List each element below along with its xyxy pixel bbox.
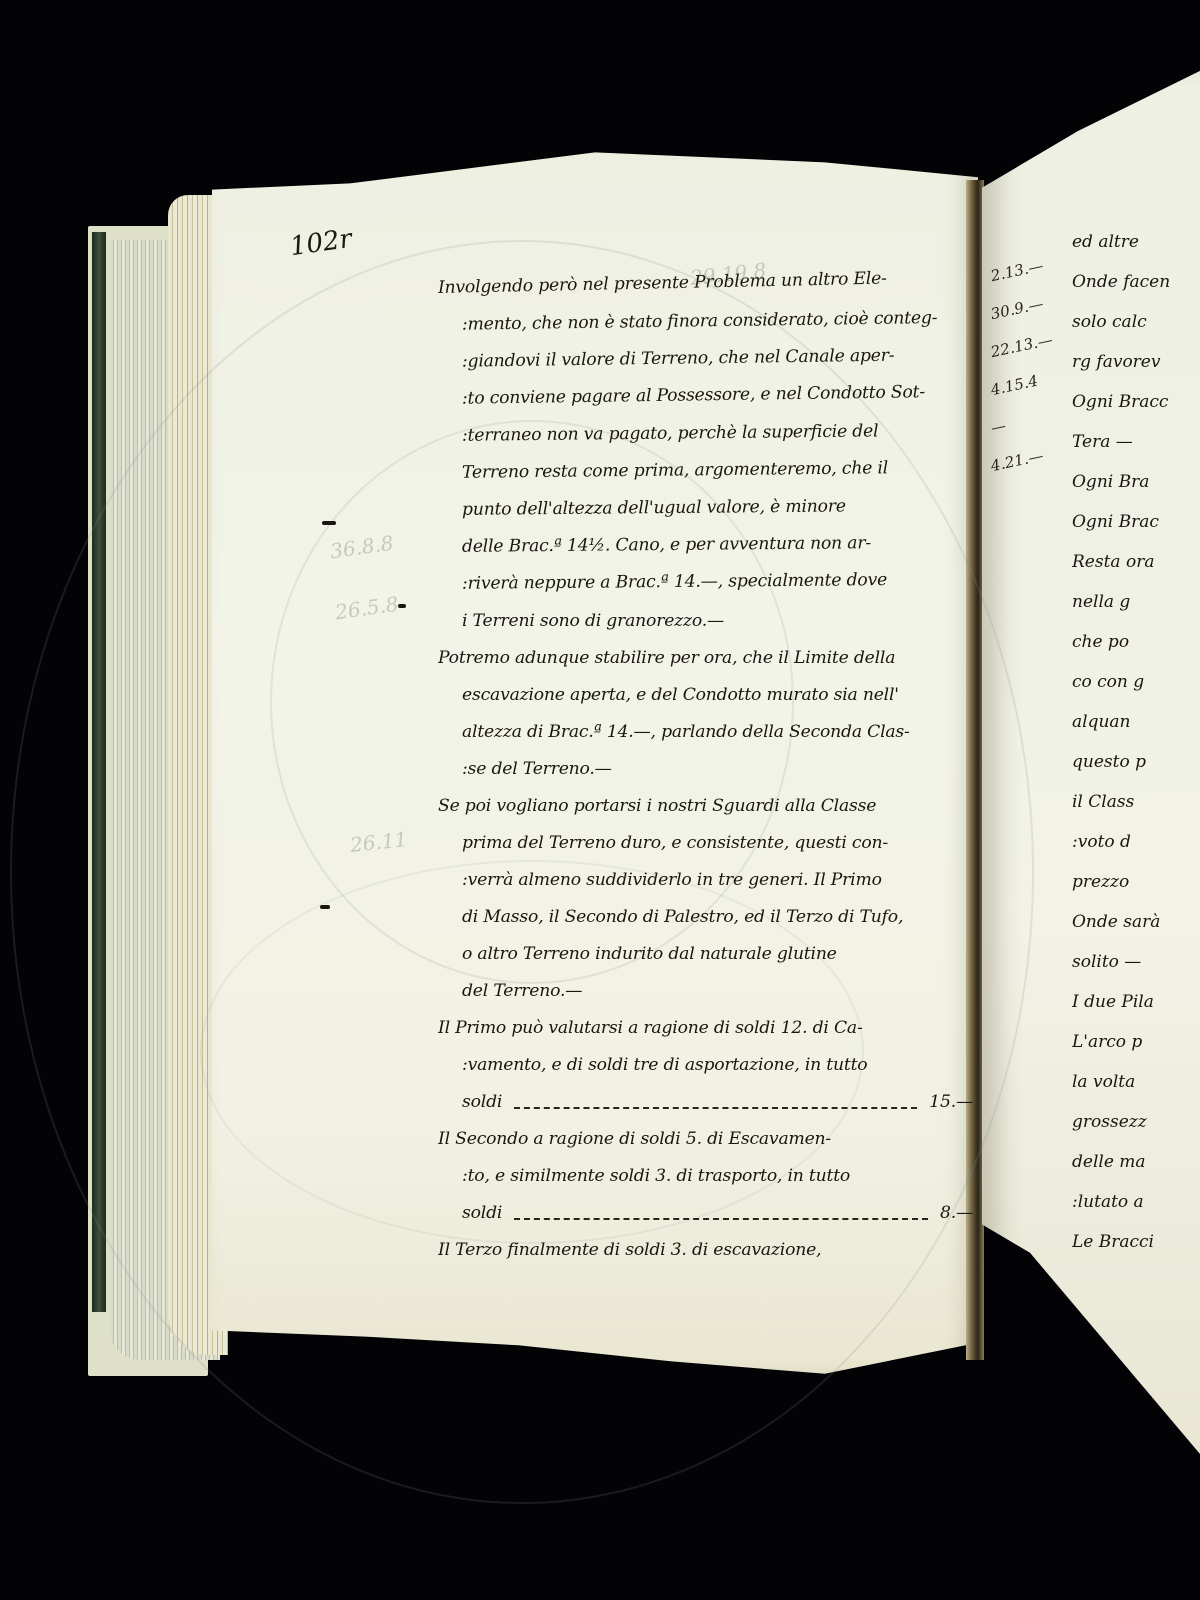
text-fragment: Le Bracci: [1072, 1222, 1200, 1262]
text-fragment: L'arco p: [1072, 1022, 1200, 1062]
text-line: :verrà almeno suddividerlo in tre generi…: [438, 862, 973, 899]
manuscript-text-block: Involgendo però nel presente Problema un…: [438, 270, 973, 1269]
text-line: prima del Terreno duro, e consistente, q…: [438, 825, 973, 862]
text-line: del Terreno.—: [438, 973, 973, 1010]
text-fragment: nella g: [1072, 582, 1200, 622]
tally-dash-line: [514, 1195, 928, 1220]
manuscript-photo: 102r 29.19.8 36.8.8 26.5.8 26.11 Involge…: [0, 0, 1200, 1600]
tally-value: 15.—: [929, 1084, 973, 1121]
margin-mark: [398, 604, 406, 608]
tally-row: soldi 8.—: [438, 1195, 973, 1232]
right-page-text-block: ed altre Onde facen solo calc rg favorev…: [1072, 222, 1200, 1262]
text-line: Se poi vogliano portarsi i nostri Sguard…: [438, 788, 973, 825]
text-fragment: alquan: [1072, 702, 1200, 742]
text-fragment: Ogni Brac: [1072, 502, 1200, 542]
tally-label: soldi: [462, 1195, 502, 1232]
text-line: :terraneo non va pagato, perchè la super…: [438, 412, 973, 455]
text-line: Potremo adunque stabilire per ora, che i…: [438, 640, 973, 677]
margin-mark: [320, 905, 330, 909]
text-fragment: co con g: [1072, 662, 1200, 702]
text-line: punto dell'altezza dell'ugual valore, è …: [438, 487, 973, 529]
text-fragment: Ogni Bracc: [1072, 382, 1200, 422]
text-fragment: Onde facen: [1072, 262, 1200, 302]
tally-dash-line: [514, 1084, 917, 1109]
right-page-margin-numbers: 2.13.— 30.9.— 22.13.— 4.15.4 — 4.21.—: [990, 248, 1080, 476]
text-line: delle Brac.ª 14½. Cano, e per avventura …: [438, 524, 973, 566]
text-line: :to, e similmente soldi 3. di trasporto,…: [438, 1158, 973, 1195]
text-line: Terreno resta come prima, argomenteremo,…: [438, 449, 973, 492]
text-fragment: :voto d: [1072, 822, 1200, 862]
text-fragment: Tera —: [1072, 422, 1200, 462]
text-fragment: I due Pila: [1072, 982, 1200, 1022]
text-fragment: delle ma: [1072, 1142, 1200, 1182]
margin-mark: [322, 521, 336, 525]
text-fragment: solito —: [1072, 942, 1200, 982]
text-fragment: Onde sarà: [1072, 902, 1200, 942]
text-line: :riverà neppure a Brac.ª 14.—, specialme…: [438, 561, 973, 603]
text-line: Il Primo può valutarsi a ragione di sold…: [438, 1010, 973, 1047]
text-line: altezza di Brac.ª 14.—, parlando della S…: [438, 714, 973, 751]
text-line: :to conviene pagare al Possessore, e nel…: [438, 374, 973, 418]
text-fragment: solo calc: [1072, 302, 1200, 342]
text-fragment: ed altre: [1072, 222, 1200, 262]
text-line: di Masso, il Secondo di Palestro, ed il …: [438, 899, 973, 936]
text-fragment: grossezz: [1072, 1102, 1200, 1142]
text-line: Il Terzo finalmente di soldi 3. di escav…: [438, 1232, 973, 1269]
text-line: i Terreni sono di granorezzo.—: [438, 603, 973, 640]
text-line: :vamento, e di soldi tre di asportazione…: [438, 1047, 973, 1084]
text-fragment: il Class: [1072, 782, 1200, 822]
text-line: o altro Terreno indurito dal naturale gl…: [438, 936, 973, 973]
text-fragment: Ogni Bra: [1072, 462, 1200, 502]
text-fragment: prezzo: [1072, 862, 1200, 902]
text-fragment: che po: [1072, 622, 1200, 662]
text-fragment: la volta: [1072, 1062, 1200, 1102]
text-line: Il Secondo a ragione di soldi 5. di Esca…: [438, 1121, 973, 1158]
text-fragment: Resta ora: [1072, 542, 1200, 582]
tally-row: soldi 15.—: [438, 1084, 973, 1121]
text-fragment: questo p: [1072, 742, 1200, 782]
text-line: :se del Terreno.—: [438, 751, 973, 788]
tally-value: 8.—: [940, 1195, 973, 1232]
text-fragment: :lutato a: [1072, 1182, 1200, 1222]
text-line: escavazione aperta, e del Condotto murat…: [438, 677, 973, 714]
text-fragment: rg favorev: [1072, 342, 1200, 382]
tally-label: soldi: [462, 1084, 502, 1121]
book-spine-marbled-edge: [92, 232, 106, 1312]
